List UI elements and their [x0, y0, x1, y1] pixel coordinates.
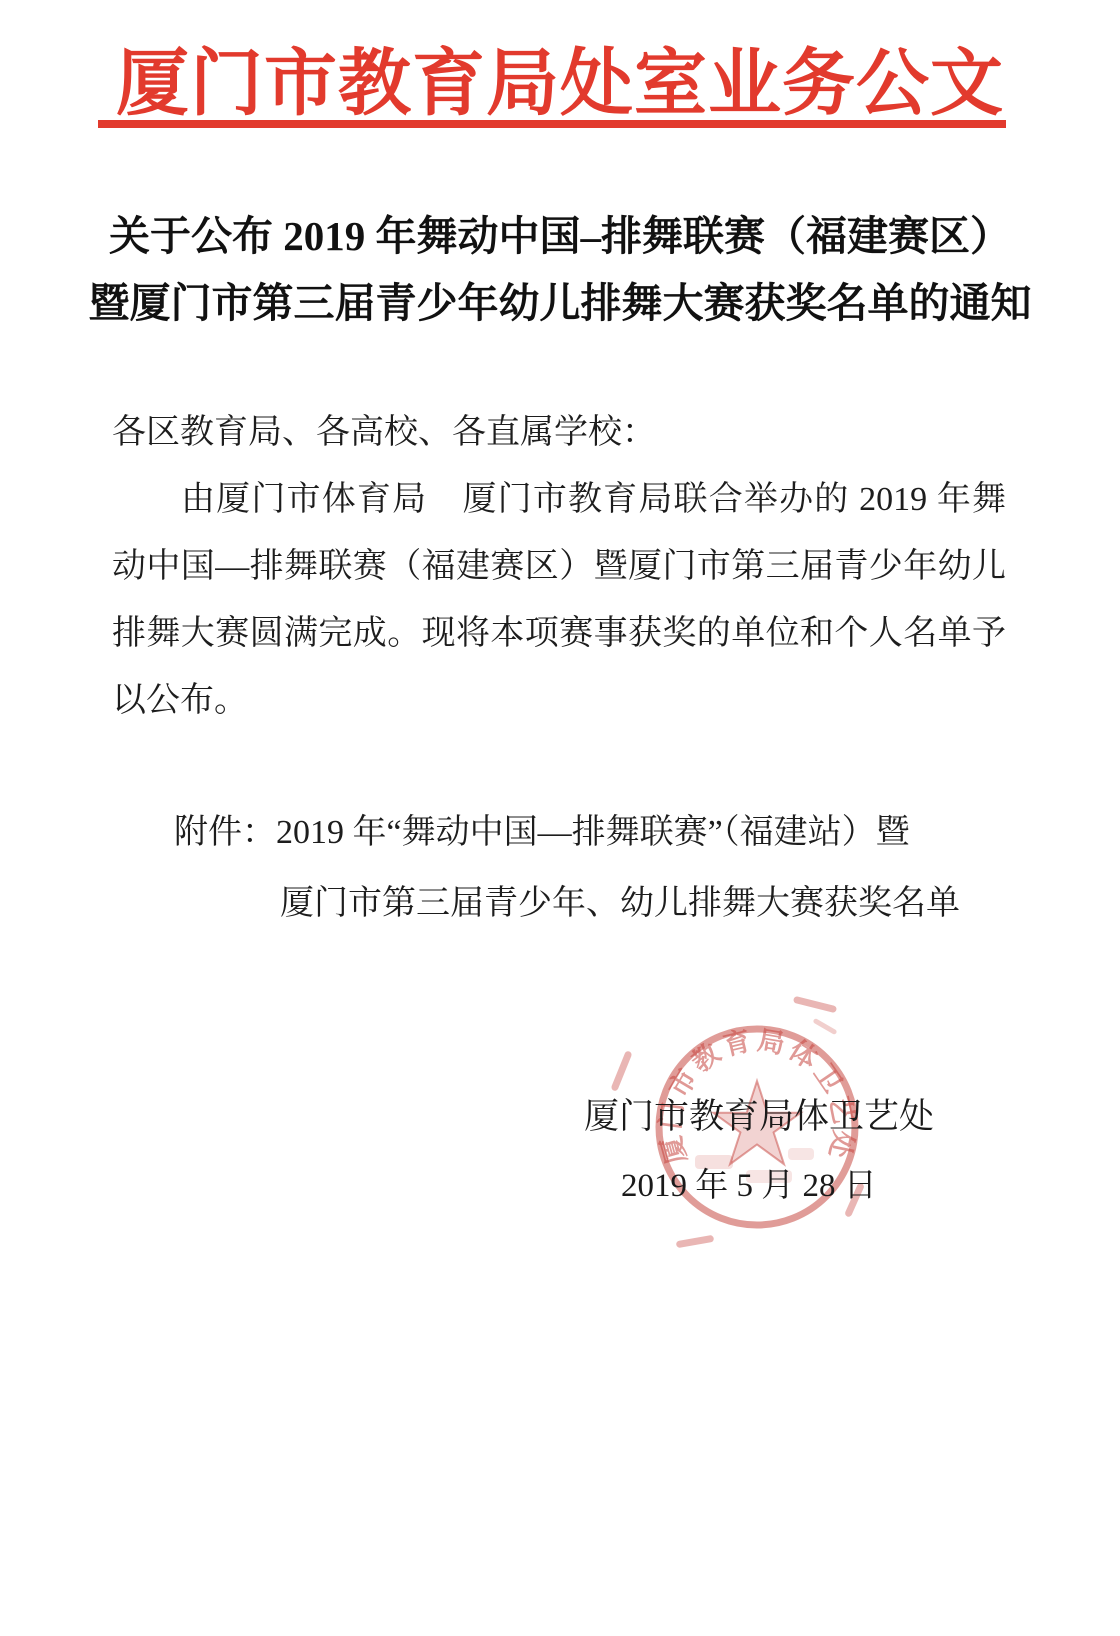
signing-date: 2019 年 5 月 28 日 — [621, 1159, 877, 1206]
paragraph-line-1: 由厦门市体育局 厦门市教育局联合举办的 2019 年舞 — [112, 466, 1006, 533]
letterhead-banner: 厦门市教育局处室业务公文 — [0, 24, 1120, 129]
official-document-page: 厦门市教育局处室业务公文 关于公布 2019 年舞动中国–排舞联赛（福建赛区） … — [0, 0, 1120, 1636]
letterhead-underline — [98, 120, 1006, 128]
attachment-line-2: 厦门市第三届青少年、幼儿排舞大赛获奖名单 — [280, 884, 960, 924]
salutation-line: 各区教育局、各高校、各直属学校： — [112, 399, 1006, 466]
paragraph-line-2: 动中国—排舞联赛（福建赛区）暨厦门市第三届青少年幼儿 — [112, 533, 1006, 600]
paragraph-line-3: 排舞大赛圆满完成。现将本项赛事获奖的单位和个人名单予 — [112, 600, 1006, 667]
attachment-line-1: 附件：2019 年“舞动中国—排舞联赛”（福建站）暨 — [174, 813, 910, 853]
document-title-line-1: 关于公布 2019 年舞动中国–排舞联赛（福建赛区） — [0, 203, 1120, 270]
document-title-line-2: 暨厦门市第三届青少年幼儿排舞大赛获奖名单的通知 — [0, 270, 1120, 337]
document-body: 各区教育局、各高校、各直属学校： 由厦门市体育局 厦门市教育局联合举办的 201… — [112, 399, 1006, 734]
ink-smudge — [793, 996, 837, 1013]
document-title: 关于公布 2019 年舞动中国–排舞联赛（福建赛区） 暨厦门市第三届青少年幼儿排… — [0, 203, 1120, 337]
ink-smudge — [676, 1235, 715, 1248]
ink-smudge — [610, 1050, 632, 1092]
signing-office: 厦门市教育局体卫艺处 — [584, 1089, 934, 1139]
paragraph-line-4: 以公布。 — [112, 667, 1006, 734]
